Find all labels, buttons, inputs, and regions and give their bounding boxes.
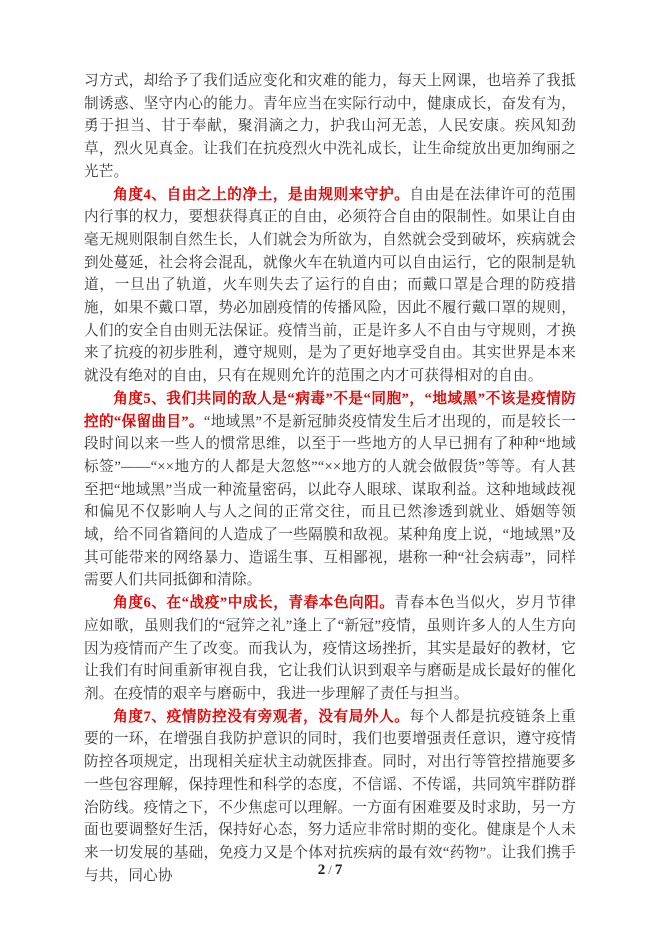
section-heading-angle-6: 角度6、在“战疫”中成长，青春本色向阳。	[113, 595, 394, 611]
section-heading-angle-4: 角度4、自由之上的净土，是由规则来守护。	[113, 187, 409, 203]
page-number: 2/7	[0, 862, 660, 879]
page-number-total: 7	[335, 862, 343, 878]
paragraph-angle-4: 角度4、自由之上的净土，是由规则来守护。自由是在法律许可的范围内行事的权力，要想…	[84, 184, 576, 388]
paragraph-angle-6: 角度6、在“战疫”中成长，青春本色向阳。青春本色当似火，岁月节律应如歌，虽则我们…	[84, 592, 576, 706]
paragraph-text: 青春本色当似火，岁月节律应如歌，虽则我们的“冠笄之礼”逢上了“新冠”疫情，虽则许…	[84, 595, 576, 702]
paragraph-continuation: 习方式，却给予了我们适应变化和灾难的能力，每天上网课，也培养了我抵制诱惑、坚守内…	[84, 70, 576, 184]
section-heading-angle-7: 角度7、疫情防控没有旁观者，没有局外人。	[113, 709, 409, 725]
document-page: 习方式，却给予了我们适应变化和灾难的能力，每天上网课，也培养了我抵制诱惑、坚守内…	[0, 0, 660, 933]
paragraph-angle-7: 角度7、疫情防控没有旁观者，没有局外人。每个人都是抗疫链条上重要的一环，在增强自…	[84, 706, 576, 888]
paragraph-text: 每个人都是抗疫链条上重要的一环，在增强自我防护意识的同时，我们也要增强责任意识，…	[84, 709, 576, 884]
paragraph-text: 自由是在法律许可的范围内行事的权力，要想获得真正的自由，必须符合自由的限制性。如…	[84, 187, 576, 385]
document-body: 习方式，却给予了我们适应变化和灾难的能力，每天上网课，也培养了我抵制诱惑、坚守内…	[84, 70, 576, 887]
paragraph-text: 习方式，却给予了我们适应变化和灾难的能力，每天上网课，也培养了我抵制诱惑、坚守内…	[84, 73, 576, 180]
paragraph-angle-5: 角度5、我们共同的敌人是“病毒”不是“同胞”，“地域黑”不该是疫情防控的“保留曲…	[84, 388, 576, 592]
page-number-separator: /	[325, 862, 335, 877]
paragraph-text: “地域黑”不是新冠肺炎疫情发生后才出现的，而是较长一段时间以来一些人的惯常思维，…	[84, 414, 576, 589]
